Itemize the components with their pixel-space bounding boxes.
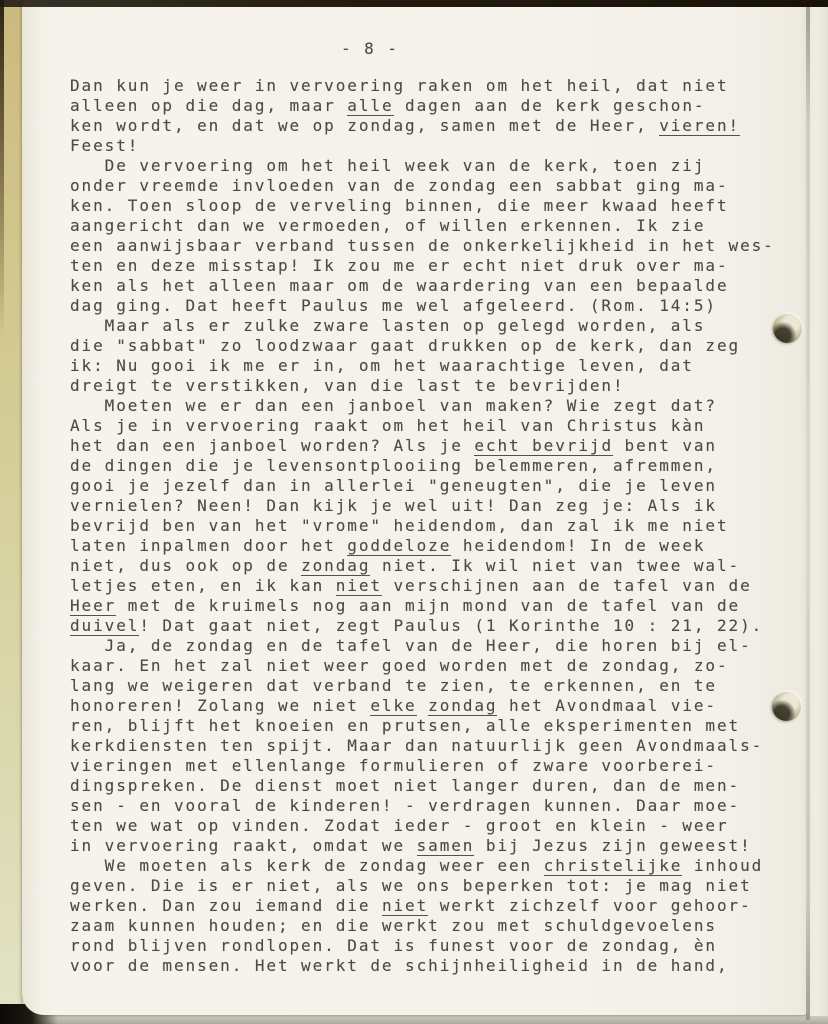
underlined-text: christelijke	[544, 856, 683, 876]
text-segment: rond blijven rondlopen. Dat is funest vo…	[70, 936, 717, 955]
text-segment: zaam kunnen houden; en die werkt zou met…	[70, 916, 717, 935]
text-segment: Ja, de zondag en de tafel van de Heer, d…	[70, 636, 752, 655]
page-number: - 8 -	[341, 39, 399, 59]
text-segment: vernielen? Neen! Dan kijk je wel uit! Da…	[70, 496, 717, 515]
text-segment: niet. Ik wil niet van twee wal-	[370, 556, 740, 575]
text-line: Moeten we er dan een janboel van maken? …	[70, 396, 775, 416]
text-segment: gooi je jezelf dan in allerlei "geneugte…	[70, 476, 717, 495]
text-line: honoreren! Zolang we niet elke zondag he…	[70, 696, 775, 716]
text-segment: Maar als er zulke zware lasten op gelegd…	[70, 316, 705, 335]
right-page-edges	[810, 6, 828, 1016]
text-line: ken als het alleen maar om de waardering…	[70, 276, 775, 296]
text-line: werken. Dan zou iemand die niet werkt zi…	[70, 896, 775, 916]
text-line: aangericht dan we vermoeden, of willen e…	[70, 216, 775, 236]
text-line: voor de mensen. Het werkt de schijnheili…	[70, 956, 775, 976]
text-line: gooi je jezelf dan in allerlei "geneugte…	[70, 476, 775, 496]
underlined-text: samen	[417, 836, 475, 856]
text-line: De vervoering om het heil week van de ke…	[70, 156, 775, 176]
underlined-text: duivel	[70, 616, 139, 636]
text-segment: de dingen die je levensontplooiing belem…	[70, 456, 717, 475]
text-segment: ken als het alleen maar om de waardering…	[70, 276, 729, 295]
text-segment: vieringen met ellenlange formulieren of …	[70, 756, 717, 775]
text-line: ken wordt, en dat we op zondag, samen me…	[70, 116, 775, 136]
underlined-text: goddeloze	[347, 536, 451, 556]
text-segment: niet, dus ook op de	[70, 556, 301, 575]
text-segment: met de kruimels nog aan mijn mond van de…	[116, 596, 740, 615]
text-line: rond blijven rondlopen. Dat is funest vo…	[70, 936, 775, 956]
text-segment: het Avondmaal vie-	[497, 696, 717, 715]
text-segment: dreigt te verstikken, van die last te be…	[70, 376, 625, 395]
text-segment: verschijnen aan de tafel van de	[382, 576, 752, 595]
underlined-text: elke	[370, 696, 416, 716]
text-line: die "sabbat" zo loodzwaar gaat drukken o…	[70, 336, 775, 356]
text-line: lang we weigeren dat verband te zien, te…	[70, 676, 775, 696]
underlined-text: zondag	[428, 696, 497, 716]
text-segment: laten inpalmen door het	[70, 536, 347, 555]
text-line: kerkdiensten ten spijt. Maar dan natuurl…	[70, 736, 775, 756]
text-segment: honoreren! Zolang we niet	[70, 696, 370, 715]
text-line: duivel! Dat gaat niet, zegt Paulus (1 Ko…	[70, 616, 775, 636]
text-line: Ja, de zondag en de tafel van de Heer, d…	[70, 636, 775, 656]
text-segment: De vervoering om het heil week van de ke…	[70, 156, 705, 175]
text-segment: werken. Dan zou iemand die	[70, 896, 382, 915]
text-line: Maar als er zulke zware lasten op gelegd…	[70, 316, 775, 336]
text-segment: Feest!	[70, 136, 139, 155]
text-segment: dag ging. Dat heeft Paulus me wel afgele…	[70, 296, 717, 315]
text-line: vieringen met ellenlange formulieren of …	[70, 756, 775, 776]
text-segment	[417, 696, 429, 715]
text-line: dag ging. Dat heeft Paulus me wel afgele…	[70, 296, 775, 316]
text-line: alleen op die dag, maar alle dagen aan d…	[70, 96, 775, 116]
text-line: kaar. En het zal niet weer goed worden m…	[70, 656, 775, 676]
text-segment: Als je in vervoering raakt om het heil v…	[70, 416, 705, 435]
text-line: vernielen? Neen! Dan kijk je wel uit! Da…	[70, 496, 775, 516]
text-segment: ren, blijft het knoeien en prutsen, alle…	[70, 716, 740, 735]
text-segment: inhoud	[682, 856, 763, 875]
text-segment: in vervoering raakt, omdat we	[70, 836, 417, 855]
typewritten-text: Dan kun je weer in vervoering raken om h…	[70, 76, 775, 976]
text-line: het dan een janboel worden? Als je echt …	[70, 436, 775, 456]
text-segment: dingspreken. De dienst moet niet langer …	[70, 776, 740, 795]
text-segment: We moeten als kerk de zondag weer een	[70, 856, 544, 875]
text-segment: sen - en vooral de kinderen! - verdragen…	[70, 796, 740, 815]
underlined-text: vieren!	[659, 116, 740, 136]
text-segment: ten we wat op vinden. Zodat ieder - groo…	[70, 816, 729, 835]
text-segment: voor de mensen. Het werkt de schijnheili…	[70, 956, 729, 975]
text-segment: onder vreemde invloeden van de zondag ee…	[70, 176, 729, 195]
text-line: Als je in vervoering raakt om het heil v…	[70, 416, 775, 436]
underlined-text: echt bevrijd	[474, 436, 613, 456]
top-edge-shadow	[0, 0, 828, 7]
text-segment: ken wordt, en dat we op zondag, samen me…	[70, 116, 659, 135]
underlined-text: alle	[347, 96, 393, 116]
text-segment: ken. Toen sloop de verveling binnen, die…	[70, 196, 729, 215]
text-line: ken. Toen sloop de verveling binnen, die…	[70, 196, 775, 216]
text-line: een aanwijsbaar verband tussen de onkerk…	[70, 236, 775, 256]
hole-punch-bottom	[772, 692, 801, 721]
text-line: ten we wat op vinden. Zodat ieder - groo…	[70, 816, 775, 836]
text-line: de dingen die je levensontplooiing belem…	[70, 456, 775, 476]
text-segment: die "sabbat" zo loodzwaar gaat drukken o…	[70, 336, 740, 355]
text-line: dingspreken. De dienst moet niet langer …	[70, 776, 775, 796]
text-segment: ten en deze misstap! Ik zou me er echt n…	[70, 256, 729, 275]
text-segment: heidendom! In de week	[451, 536, 705, 555]
text-segment: Dan kun je weer in vervoering raken om h…	[70, 76, 729, 95]
scanned-page: { "colors":{ "paper":"#f4f1ea", "ink":"#…	[0, 0, 828, 1024]
text-line: ik: Nu gooi ik me er in, om het waaracht…	[70, 356, 775, 376]
text-segment: bij Jezus zijn geweest!	[474, 836, 751, 855]
binding-strip	[0, 0, 23, 1012]
text-segment: letjes eten, en ik kan	[70, 576, 336, 595]
text-segment: alleen op die dag, maar	[70, 96, 347, 115]
text-segment: geven. Die is er niet, als we ons beperk…	[70, 876, 752, 895]
text-line: zaam kunnen houden; en die werkt zou met…	[70, 916, 775, 936]
text-segment: kaar. En het zal niet weer goed worden m…	[70, 656, 729, 675]
text-segment: ! Dat gaat niet, zegt Paulus (1 Korinthe…	[139, 616, 763, 635]
text-line: sen - en vooral de kinderen! - verdragen…	[70, 796, 775, 816]
underlined-text: Heer	[70, 596, 116, 616]
text-line: niet, dus ook op de zondag niet. Ik wil …	[70, 556, 775, 576]
text-segment: een aanwijsbaar verband tussen de onkerk…	[70, 236, 775, 255]
text-line: Heer met de kruimels nog aan mijn mond v…	[70, 596, 775, 616]
text-segment: kerkdiensten ten spijt. Maar dan natuurl…	[70, 736, 763, 755]
underlined-text: niet	[336, 576, 382, 596]
right-page-seam	[806, 4, 810, 1020]
underlined-text: niet	[382, 896, 428, 916]
text-line: laten inpalmen door het goddeloze heiden…	[70, 536, 775, 556]
text-segment: Moeten we er dan een janboel van maken? …	[70, 396, 717, 415]
underlined-text: zondag	[301, 556, 370, 576]
text-segment: dagen aan de kerk geschon-	[394, 96, 706, 115]
text-line: onder vreemde invloeden van de zondag ee…	[70, 176, 775, 196]
text-line: letjes eten, en ik kan niet verschijnen …	[70, 576, 775, 596]
text-line: Dan kun je weer in vervoering raken om h…	[70, 76, 775, 96]
text-line: bevrijd ben van het "vrome" heidendom, d…	[70, 516, 775, 536]
text-segment: ik: Nu gooi ik me er in, om het waaracht…	[70, 356, 694, 375]
text-line: dreigt te verstikken, van die last te be…	[70, 376, 775, 396]
text-line: geven. Die is er niet, als we ons beperk…	[70, 876, 775, 896]
text-line: ren, blijft het knoeien en prutsen, alle…	[70, 716, 775, 736]
text-line: ten en deze misstap! Ik zou me er echt n…	[70, 256, 775, 276]
text-segment: bevrijd ben van het "vrome" heidendom, d…	[70, 516, 729, 535]
text-segment: lang we weigeren dat verband te zien, te…	[70, 676, 717, 695]
text-line: We moeten als kerk de zondag weer een ch…	[70, 856, 775, 876]
hole-punch-top	[773, 314, 802, 343]
text-line: Feest!	[70, 136, 775, 156]
text-segment: werkt zichzelf voor gehoor-	[428, 896, 751, 915]
text-segment: aangericht dan we vermoeden, of willen e…	[70, 216, 705, 235]
text-segment: het dan een janboel worden? Als je	[70, 436, 474, 455]
text-segment: bent van	[613, 436, 717, 455]
text-line: in vervoering raakt, omdat we samen bij …	[70, 836, 775, 856]
